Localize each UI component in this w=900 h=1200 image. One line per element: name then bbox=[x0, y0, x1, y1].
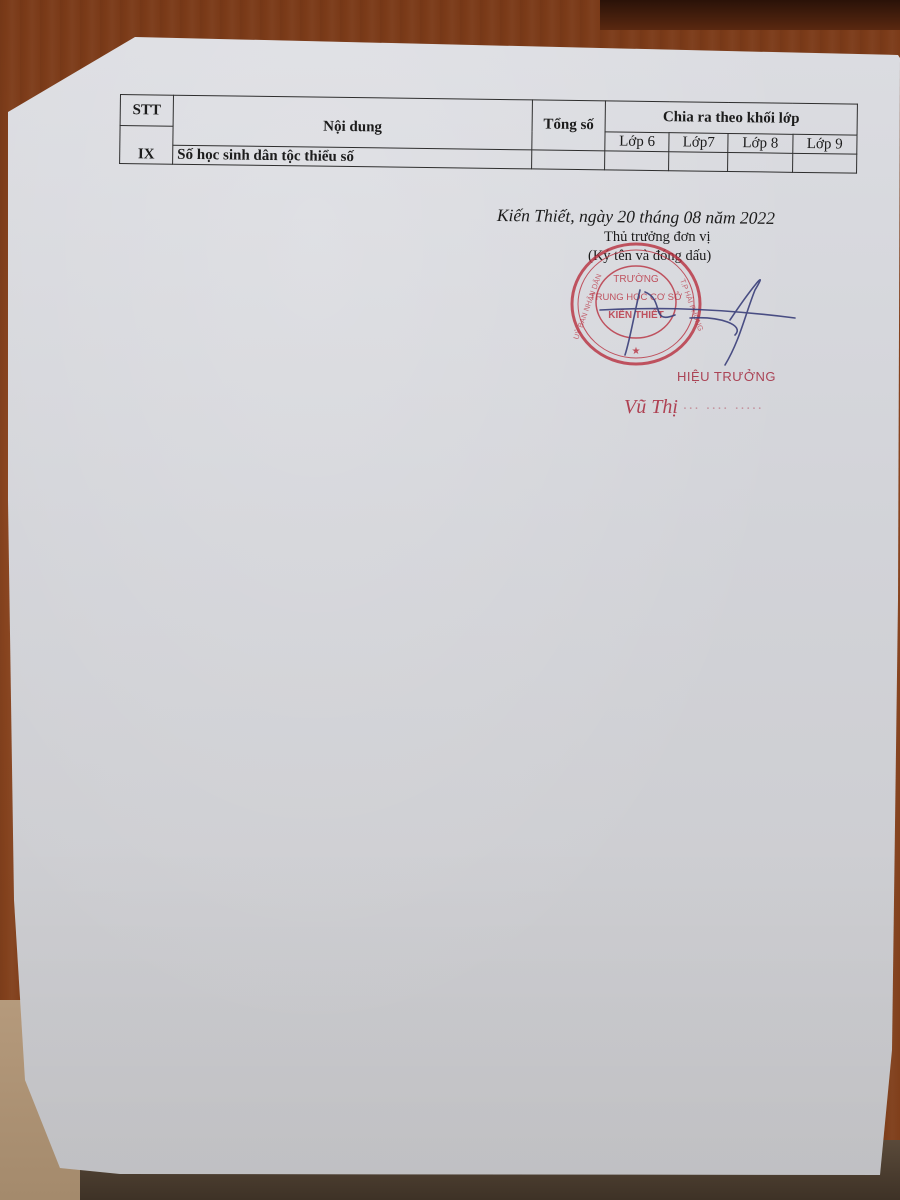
header-class-6: Lớp 6 bbox=[605, 132, 670, 152]
row-class-8 bbox=[728, 152, 793, 172]
header-total: Tổng số bbox=[532, 100, 606, 151]
shadow-strip bbox=[600, 0, 900, 30]
header-class-7: Lớp7 bbox=[669, 133, 728, 153]
date-line: Kiến Thiết, ngày 20 tháng 08 năm 2022 bbox=[497, 205, 775, 229]
row-class-6 bbox=[605, 151, 670, 171]
handwritten-signature-icon bbox=[580, 270, 810, 380]
paper-shading bbox=[0, 0, 900, 1200]
row-stt: IX bbox=[120, 126, 173, 165]
signer-name-visible: Vũ Thị bbox=[624, 396, 678, 418]
signer-name-faded: ··· ···· ····· bbox=[683, 401, 764, 417]
header-content: Nội dung bbox=[173, 95, 533, 150]
header-class-8: Lớp 8 bbox=[728, 133, 793, 153]
header-class-9: Lớp 9 bbox=[792, 134, 857, 154]
row-total bbox=[532, 150, 605, 170]
header-stt: STT bbox=[120, 95, 173, 127]
header-class-group: Chia ra theo khối lớp bbox=[605, 101, 857, 135]
statistics-table: STTNội dungTổng sốChia ra theo khối lớpI… bbox=[119, 94, 858, 174]
document-page: STTNội dungTổng sốChia ra theo khối lớpI… bbox=[0, 0, 900, 1200]
row-class-7 bbox=[669, 152, 728, 172]
signer-role: HIỆU TRƯỞNG bbox=[677, 369, 776, 384]
row-class-9 bbox=[792, 153, 857, 173]
signer-name: Vũ Thị ··· ···· ····· bbox=[624, 396, 763, 419]
row-content: Số học sinh dân tộc thiểu số bbox=[173, 145, 532, 169]
